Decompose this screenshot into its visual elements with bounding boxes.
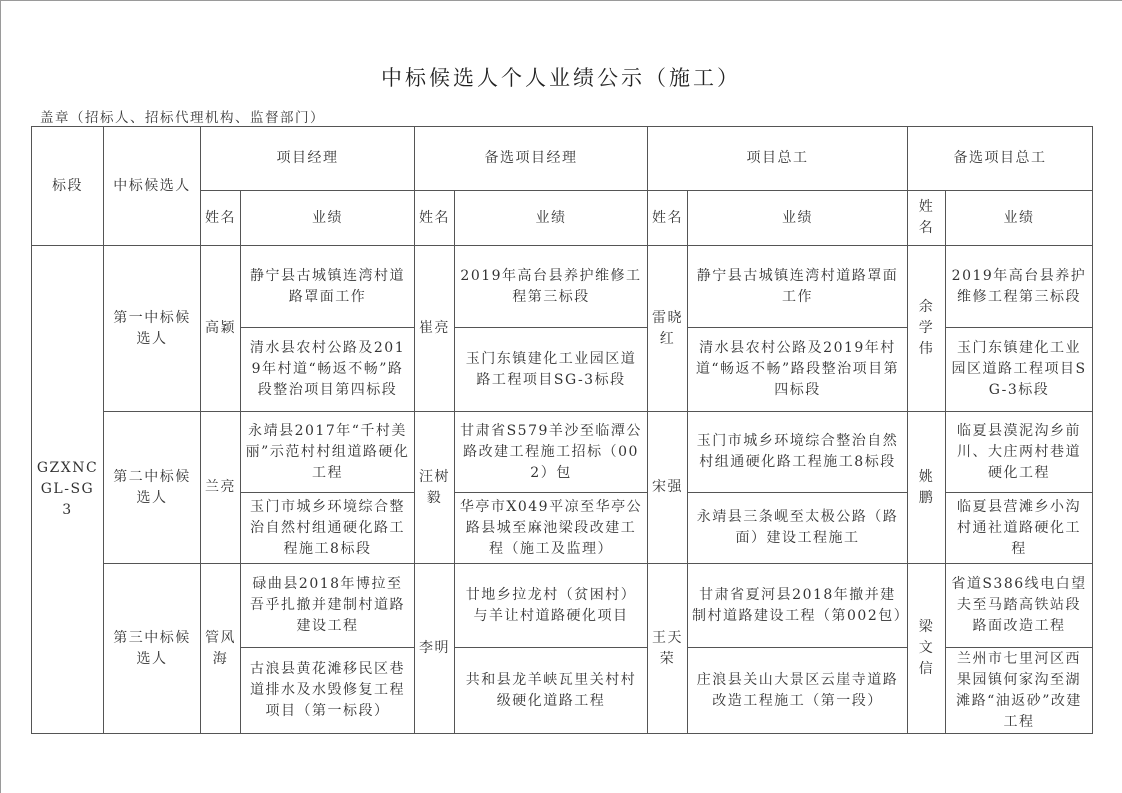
table-row: 第三中标候选人 管风海 碌曲县2018年博拉至吾乎扎撤并建制村道路建设工程 李明… [32,564,1093,648]
table-row: GZXNCGL-SG3 第一中标候选人 高颖 静宁县古城镇连湾村道路罩面工作 崔… [32,246,1093,328]
alt-pm-performance: 共和县龙羊峡瓦里关村村级硬化道路工程 [455,648,648,734]
ce-name: 宋强 [648,412,688,564]
alt-ce-name: 梁文信 [908,564,946,734]
ce-name: 雷晓红 [648,246,688,412]
alt-ce-performance: 兰州市七里河区西果园镇何家沟至湖滩路“油返砂”改建工程 [946,648,1093,734]
performance-table: 标段 中标候选人 项目经理 备选项目经理 项目总工 备选项目总工 姓名 业绩 姓… [31,126,1093,734]
alt-pm-performance: 甘肃省S579羊沙至临潭公路改建工程施工招标（002）包 [455,412,648,493]
candidate-rank: 第一中标候选人 [104,246,201,412]
page-edge-left [0,0,1,793]
header-section: 标段 [32,127,104,246]
ce-name: 王天荣 [648,564,688,734]
alt-ce-name: 姚鹏 [908,412,946,564]
pm-performance: 玉门市城乡环境综合整治自然村组通硬化路工程施工8标段 [241,493,415,564]
header-performance: 业绩 [455,191,648,246]
alt-ce-performance: 玉门东镇建化工业园区道路工程项目SG-3标段 [946,328,1093,412]
page-edge-top [0,0,1122,1]
header-chief-engineer: 项目总工 [648,127,908,191]
alt-ce-name: 余学伟 [908,246,946,412]
alt-ce-performance: 省道S386线电白望夫至马踏高铁站段路面改造工程 [946,564,1093,648]
alt-pm-performance: 廿地乡拉龙村（贫困村）与羊让村道路硬化项目 [455,564,648,648]
header-name: 姓名 [648,191,688,246]
header-project-manager: 项目经理 [201,127,415,191]
pm-performance: 永靖县2017年“千村美丽”示范村村组道路硬化工程 [241,412,415,493]
pm-performance: 清水县农村公路及2019年村道“畅返不畅”路段整治项目第四标段 [241,328,415,412]
stamp-note: 盖章（招标人、招标代理机构、监督部门） [40,106,325,126]
header-name: 姓名 [201,191,241,246]
ce-performance: 甘肃省夏河县2018年撤并建制村道路建设工程（第002包） [688,564,908,648]
pm-performance: 古浪县黄花滩移民区巷道排水及水毁修复工程项目（第一标段） [241,648,415,734]
section-code: GZXNCGL-SG3 [32,246,104,734]
table-row: 第二中标候选人 兰亮 永靖县2017年“千村美丽”示范村村组道路硬化工程 汪树毅… [32,412,1093,493]
header-candidate: 中标候选人 [104,127,201,246]
pm-performance: 静宁县古城镇连湾村道路罩面工作 [241,246,415,328]
pm-name: 兰亮 [201,412,241,564]
pm-name: 高颖 [201,246,241,412]
ce-performance: 静宁县古城镇连湾村道路罩面工作 [688,246,908,328]
alt-pm-performance: 玉门东镇建化工业园区道路工程项目SG-3标段 [455,328,648,412]
alt-pm-performance: 华亭市X049平凉至华亭公路县城至麻池梁段改建工程（施工及监理） [455,493,648,564]
header-name: 姓名 [908,191,946,246]
candidate-rank: 第二中标候选人 [104,412,201,564]
candidate-rank: 第三中标候选人 [104,564,201,734]
pm-name: 管风海 [201,564,241,734]
alt-pm-name: 汪树毅 [415,412,455,564]
header-name: 姓名 [415,191,455,246]
ce-performance: 玉门市城乡环境综合整治自然村组通硬化路工程施工8标段 [688,412,908,493]
header-alt-project-manager: 备选项目经理 [415,127,648,191]
alt-ce-performance: 临夏县漠泥沟乡前川、大庄两村巷道硬化工程 [946,412,1093,493]
header-alt-chief-engineer: 备选项目总工 [908,127,1093,191]
alt-ce-performance: 2019年高台县养护维修工程第三标段 [946,246,1093,328]
header-performance: 业绩 [241,191,415,246]
ce-performance: 庄浪县关山大景区云崖寺道路改造工程施工（第一段） [688,648,908,734]
pm-performance: 碌曲县2018年博拉至吾乎扎撤并建制村道路建设工程 [241,564,415,648]
page-title: 中标候选人个人业绩公示（施工） [0,62,1122,92]
ce-performance: 永靖县三条岘至太极公路（路面）建设工程施工 [688,493,908,564]
alt-ce-performance: 临夏县营滩乡小沟村通社道路硬化工程 [946,493,1093,564]
alt-pm-name: 李明 [415,564,455,734]
alt-pm-name: 崔亮 [415,246,455,412]
header-performance: 业绩 [688,191,908,246]
alt-pm-performance: 2019年高台县养护维修工程第三标段 [455,246,648,328]
header-performance: 业绩 [946,191,1093,246]
ce-performance: 清水县农村公路及2019年村道“畅返不畅”路段整治项目第四标段 [688,328,908,412]
